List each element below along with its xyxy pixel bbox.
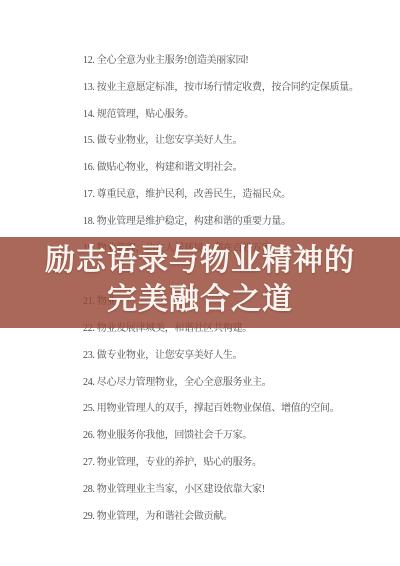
list-item: 27. 物业管理，专业的养护，贴心的服务。	[0, 453, 400, 480]
overlay-title-line2: 完美融合之道	[0, 280, 400, 319]
list-item: 29. 物业管理，为和谐社会做贡献。	[0, 507, 400, 534]
list-item: 15. 做专业物业，让您安享美好人生。	[0, 131, 400, 158]
list-item: 12. 全心全意为业主服务!创造美丽家园!	[0, 51, 400, 78]
list-item: 25. 用物业管理人的双手，撑起百姓物业保值、增值的空间。	[0, 399, 400, 426]
list-item: 13. 按业主意愿定标准，按市场行情定收费，按合同约定保质量。	[0, 78, 400, 105]
list-item: 14. 规范管理，贴心服务。	[0, 105, 400, 132]
list-item: 18. 物业管理是维护稳定，构建和谐的重要力量。	[0, 212, 400, 239]
overlay-title-line1: 励志语录与物业精神的	[0, 241, 400, 280]
article-page: 12. 全心全意为业主服务!创造美丽家园! 13. 按业主意愿定标准，按市场行情…	[0, 0, 400, 566]
list-item: 24. 尽心尽力管理物业，全心全意服务业主。	[0, 373, 400, 400]
list-item: 17. 尊重民意，维护民利，改善民生，造福民众。	[0, 185, 400, 212]
list-item: 23. 做专业物业，让您安享美好人生。	[0, 346, 400, 373]
list-item: 26. 物业服务你我他，回馈社会千万家。	[0, 426, 400, 453]
overlay-title: 励志语录与物业精神的 完美融合之道	[0, 241, 400, 319]
list-item: 16. 做贴心物业，构建和谐文明社会。	[0, 158, 400, 185]
list-item: 28. 物业管理业主当家，小区建设依靠大家!	[0, 480, 400, 507]
